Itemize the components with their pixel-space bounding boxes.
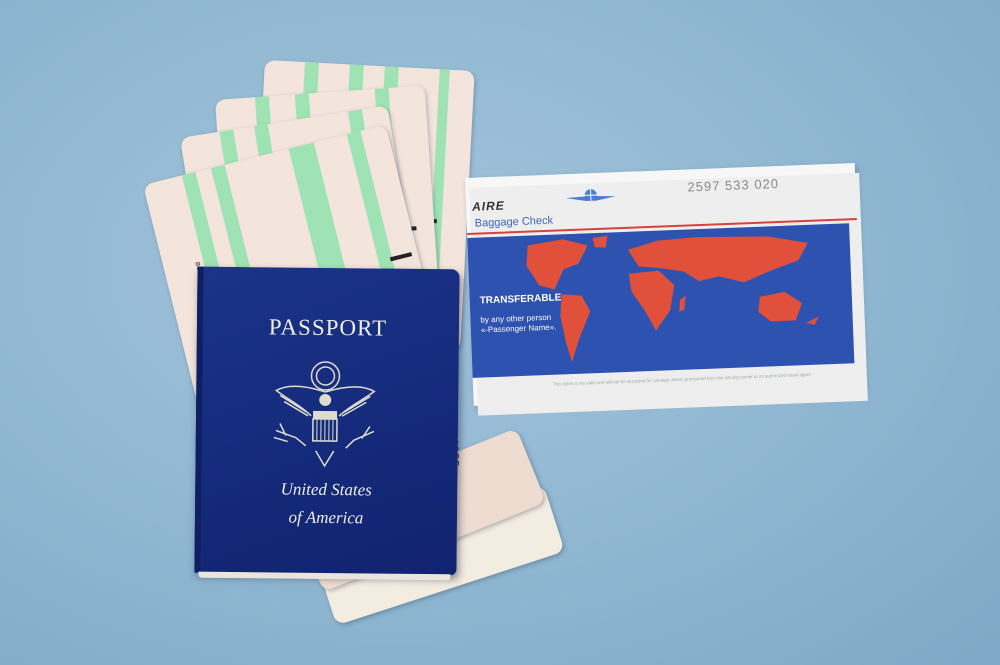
baggage-ticket: AIRE 2597 533 020 Baggage Check TRANSFER… xyxy=(465,163,863,406)
passport: PASSPORT United States of America xyxy=(194,267,459,576)
world-map: TRANSFERABLE by any other person «-Passe… xyxy=(467,223,854,378)
passport-country-line2: of America xyxy=(195,507,457,530)
notice-text: by any other person «-Passenger Name». xyxy=(480,313,556,336)
airline-brand: AIRE xyxy=(472,198,505,213)
passport-title: PASSPORT xyxy=(197,314,459,343)
airline-wings-logo-icon xyxy=(565,186,616,208)
photo-scene: BOARDING PASS AIRE 2597 533 020 Baggage … xyxy=(0,0,1000,665)
passport-country-line1: United States xyxy=(195,479,457,502)
eagle-seal-icon xyxy=(266,355,385,468)
